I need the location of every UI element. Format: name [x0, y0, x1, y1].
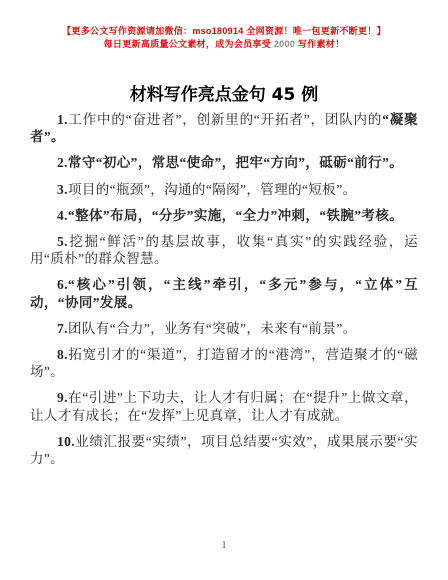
promo-line-1: 【更多公文写作资源请加微信：mso180914 全网资源！唯一包更新不断更！】 [0, 25, 448, 38]
text-run: 拓宽引才的“渠道”，打造留才的“港湾”，营造聚才的“磁场”。 [30, 347, 418, 379]
text-run: 每日更新高质量公文素材，成为会员享受 [104, 39, 274, 49]
text-run: 项目的“瓶颈”，沟通的“隔阂”，管理的“短板”。 [68, 182, 357, 197]
text-run: 写作素材！ [295, 39, 344, 49]
text-run: 团队有“合力”，业务有“突破”，未来有“前景”。 [68, 321, 357, 336]
list-item: 6.“核心”引领，“主线”牵引，“多元”参与，“立体”互动，“协同”发展。 [30, 276, 418, 310]
text-run: 6.“核心”引领，“主线”牵引，“多元”参与，“立体”互动，“协同”发展。 [30, 277, 418, 309]
text-run: 2.常守“初心”，常思“使命”，把牢“方向”，砥砺“前行”。 [57, 155, 403, 170]
text-run: 3. [57, 182, 68, 197]
list-item: 7.团队有“合力”，业务有“突破”，未来有“前景”。 [30, 320, 418, 337]
text-run: 2000 [274, 39, 295, 49]
document-page: 【更多公文写作资源请加微信：mso180914 全网资源！唯一包更新不断更！】 … [0, 0, 448, 580]
text-run: 7. [57, 321, 68, 336]
list-item: 5.挖掘“鲜活”的基层故事，收集“真实”的实践经验，运用“质朴”的群众智慧。 [30, 233, 418, 267]
list-item: 3.项目的“瓶颈”，沟通的“隔阂”，管理的“短板”。 [30, 181, 418, 198]
text-run: 8. [57, 347, 68, 362]
text-run: 工作中的“奋进者”，创新里的“开拓者”，团队内的 [68, 112, 382, 127]
promo-line-2: 每日更新高质量公文素材，成为会员享受 2000 写作素材！ [0, 38, 448, 51]
text-run: 10. [57, 434, 75, 449]
list-item: 8.拓宽引才的“渠道”，打造留才的“港湾”，营造聚才的“磁场”。 [30, 346, 418, 380]
text-run: 1. [57, 112, 68, 127]
text-run: 在“引进”上下功夫，让人才有归属；在“提升”上做文章，让人才有成长；在“发挥”上… [30, 390, 418, 422]
list-item: 10.业绩汇报要“实绩”，项目总结要“实效”，成果展示要“实力”。 [30, 433, 418, 467]
list-item: 4.“整体”布局，“分步”实施，“全力”冲刺，“铁腕”考核。 [30, 207, 418, 224]
list-item: 2.常守“初心”，常思“使命”，把牢“方向”，砥砺“前行”。 [30, 154, 418, 171]
promo-header: 【更多公文写作资源请加微信：mso180914 全网资源！唯一包更新不断更！】 … [0, 0, 448, 51]
text-run: 挖掘“鲜活”的基层故事，收集“真实”的实践经验，运用“质朴”的群众智慧。 [30, 234, 418, 266]
text-run: 业绩汇报要“实绩”，项目总结要“实效”，成果展示要“实力”。 [30, 434, 418, 466]
page-number: 1 [0, 540, 448, 551]
text-run: 【更多公文写作资源请加微信：mso180914 全网资源！唯一包更新不断更！】 [62, 26, 386, 36]
document-title: 材料写作亮点金句 45 例 [0, 84, 448, 107]
document-body: 1.工作中的“奋进者”，创新里的“开拓者”，团队内的“凝聚者”。2.常守“初心”… [30, 111, 418, 467]
text-run: 4.“整体”布局，“分步”实施，“全力”冲刺，“铁腕”考核。 [57, 208, 403, 223]
list-item: 1.工作中的“奋进者”，创新里的“开拓者”，团队内的“凝聚者”。 [30, 111, 418, 145]
text-run: 5. [57, 234, 68, 249]
list-item: 9.在“引进”上下功夫，让人才有归属；在“提升”上做文章，让人才有成长；在“发挥… [30, 389, 418, 423]
text-run: 9. [57, 390, 68, 405]
